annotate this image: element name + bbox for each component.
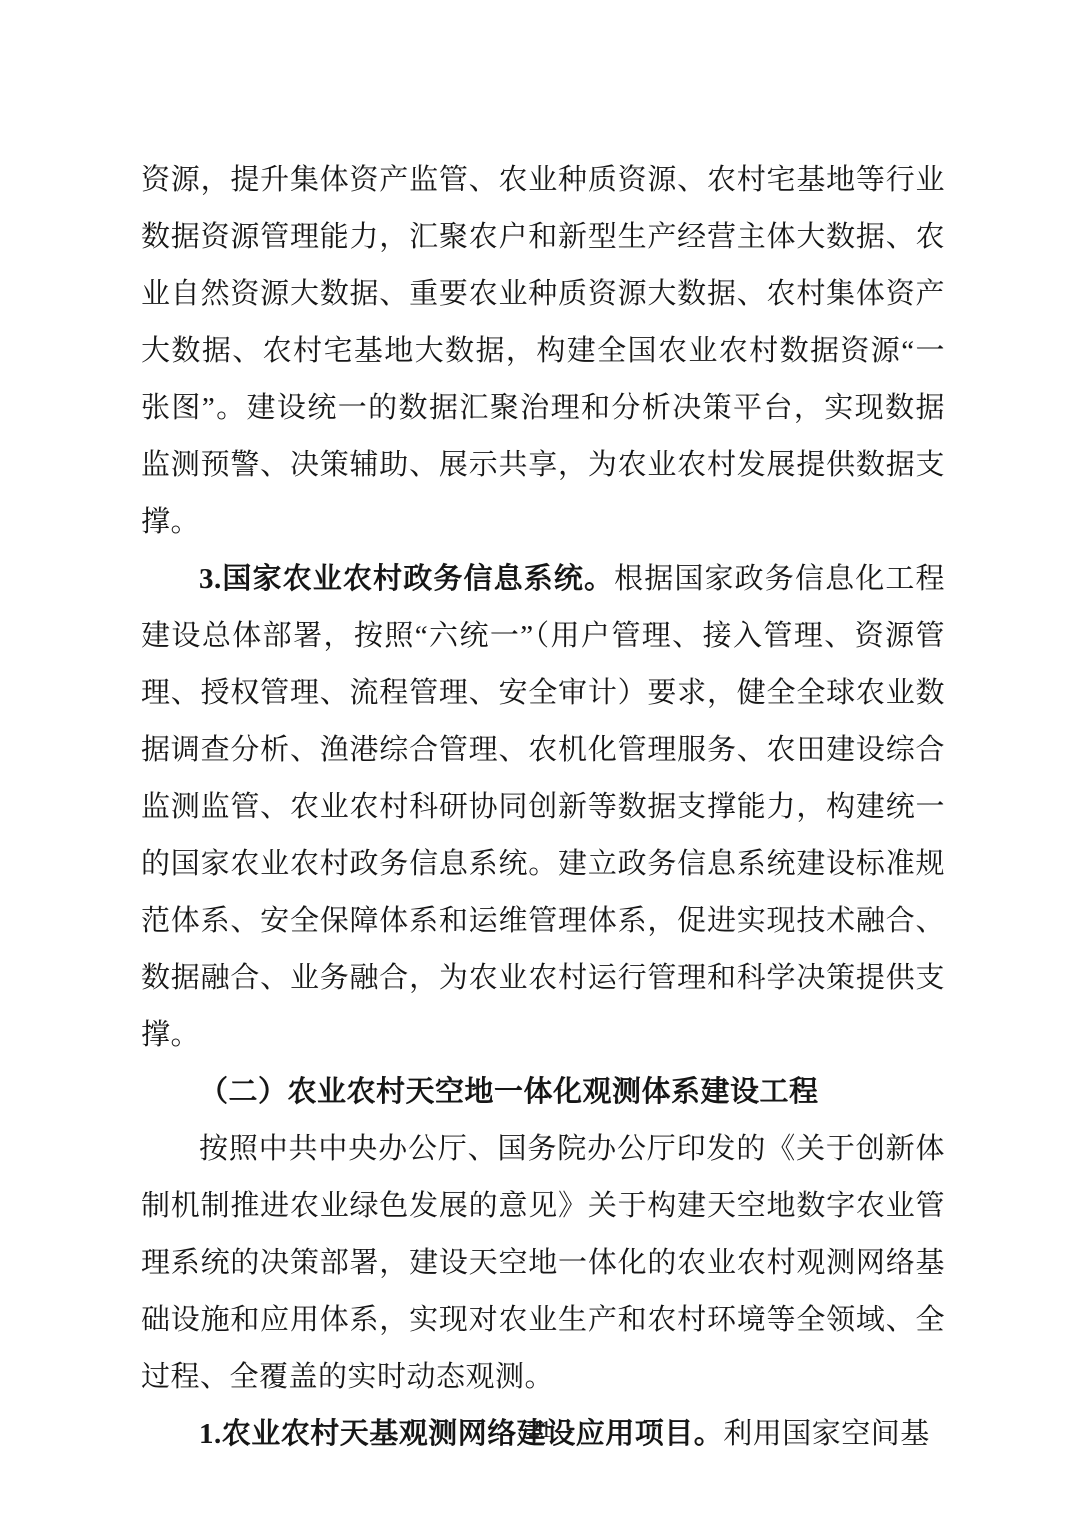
document-body: 资源，提升集体资产监管、农业种质资源、农村宅基地等行业数据资源管理能力，汇聚农户… (141, 152, 945, 1463)
item-3-text: 根据国家政务信息化工程建设总体部署，按照“六统一”（用户管理、接入管理、资源管理… (141, 563, 945, 1051)
document-page: 资源，提升集体资产监管、农业种质资源、农村宅基地等行业数据资源管理能力，汇聚农户… (0, 0, 1080, 1527)
paragraph-continuation: 资源，提升集体资产监管、农业种质资源、农村宅基地等行业数据资源管理能力，汇聚农户… (141, 152, 945, 551)
section-heading-2: （二）农业农村天空地一体化观测体系建设工程 (141, 1064, 945, 1121)
paragraph-section-2-intro: 按照中共中央办公厅、国务院办公厅印发的《关于创新体制机制推进农业绿色发展的意见》… (141, 1121, 945, 1406)
page-number: 21 (0, 1414, 1080, 1446)
paragraph-item-3: 3.国家农业农村政务信息系统。根据国家政务信息化工程建设总体部署，按照“六统一”… (141, 551, 945, 1064)
item-3-title: 3.国家农业农村政务信息系统。 (199, 563, 614, 595)
